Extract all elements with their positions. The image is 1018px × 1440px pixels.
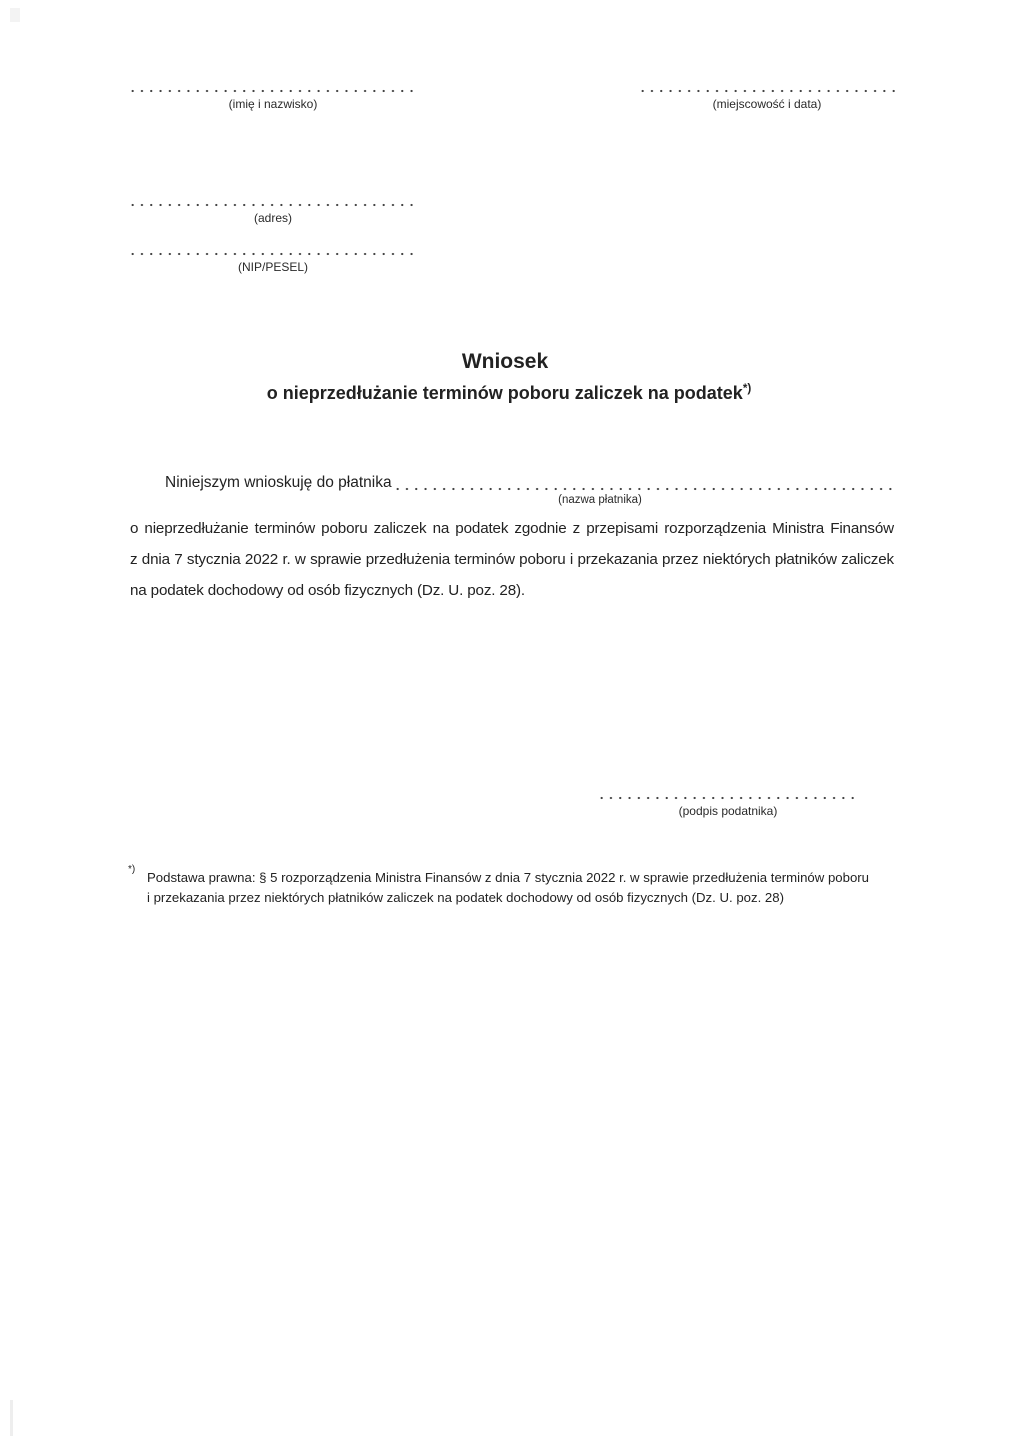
scan-artifact xyxy=(10,8,20,22)
nip-pesel-field-label: (NIP/PESEL) xyxy=(128,260,418,274)
name-field-line[interactable] xyxy=(128,88,418,94)
document-title: Wniosek xyxy=(0,350,1014,374)
nip-pesel-field-line[interactable] xyxy=(128,251,418,257)
signature-field-line[interactable] xyxy=(597,795,855,801)
place-date-field-label: (miejscowość i data) xyxy=(638,97,896,111)
footnote-reference: *) xyxy=(743,382,751,395)
payer-name-field-line[interactable] xyxy=(393,486,895,492)
subtitle-text: o nieprzedłużanie terminów poboru zalicz… xyxy=(267,383,743,403)
scan-artifact xyxy=(10,1400,13,1436)
address-field-label: (adres) xyxy=(128,211,418,225)
footnote-line: Podstawa prawna: § 5 rozporządzenia Mini… xyxy=(147,868,907,888)
address-field-line[interactable] xyxy=(128,202,418,208)
signature-field-label: (podpis podatnika) xyxy=(597,804,859,818)
payer-name-field-label: (nazwa płatnika) xyxy=(500,494,700,506)
footnote-line: i przekazania przez niektórych płatników… xyxy=(147,888,907,908)
paragraph-line: z dnia 7 stycznia 2022 r. w sprawie prze… xyxy=(130,544,894,575)
paragraph-line: na podatek dochodowy od osób fizycznych … xyxy=(130,575,894,606)
name-field-label: (imię i nazwisko) xyxy=(128,97,418,111)
footnote-marker: *) xyxy=(128,864,135,875)
request-paragraph: o nieprzedłużanie terminów poboru zalicz… xyxy=(130,513,894,606)
request-intro: Niniejszym wnioskuję do płatnika xyxy=(165,474,392,492)
place-date-field-line[interactable] xyxy=(638,88,896,94)
document-subtitle: o nieprzedłużanie terminów poboru zalicz… xyxy=(0,382,1018,404)
paragraph-line: o nieprzedłużanie terminów poboru zalicz… xyxy=(130,513,894,544)
footnote-text: Podstawa prawna: § 5 rozporządzenia Mini… xyxy=(147,868,907,908)
